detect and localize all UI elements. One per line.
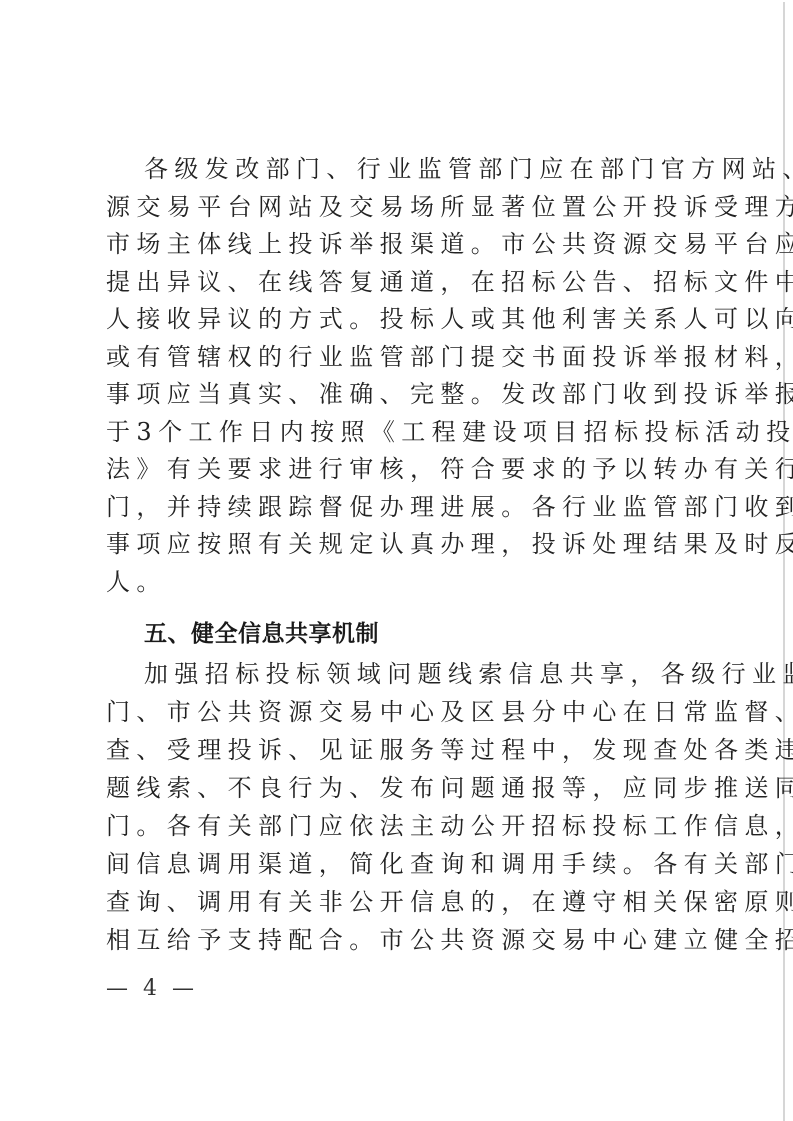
paragraph-2-line: 加强招标投标领域问题线索信息共享，各级行业监管部 xyxy=(144,655,793,693)
paragraph-2-line: 查、受理投诉、见证服务等过程中，发现查处各类违法违规问 xyxy=(106,731,793,769)
section-heading: 五、健全信息共享机制 xyxy=(144,615,379,653)
paragraph-1-line: 门，并持续跟踪督促办理进展。各行业监管部门收到投诉举报 xyxy=(106,488,793,526)
paragraph-1-line: 于3个工作日内按照《工程建设项目招标投标活动投诉处理办 xyxy=(106,413,793,451)
paragraph-2-line: 门。各有关部门应依法主动公开招标投标工作信息，畅通部门 xyxy=(106,807,793,845)
paragraph-1-line: 提出异议、在线答复通道，在招标公告、招标文件中明确招标 xyxy=(106,263,793,301)
paragraph-1-line: 法》有关要求进行审核，符合要求的予以转办有关行业监管部 xyxy=(106,450,793,488)
page-number: — 4 — xyxy=(106,975,198,1003)
paragraph-1-line: 源交易平台网站及交易场所显著位置公开投诉受理方式，畅通 xyxy=(106,188,793,226)
paragraph-1-line: 市场主体线上投诉举报渠道。市公共资源交易平台应开通在线 xyxy=(106,225,793,263)
paragraph-1-line: 事项应当真实、准确、完整。发改部门收到投诉举报材料，应 xyxy=(106,375,793,413)
paragraph-2-line: 查询、调用有关非公开信息的，在遵守相关保密原则的前提下 xyxy=(106,883,793,921)
paragraph-2-line: 相互给予支持配合。市公共资源交易中心建立健全招标投标项 xyxy=(106,921,793,959)
paragraph-2-line: 门、市公共资源交易中心及区县分中心在日常监督、抽查检 xyxy=(106,693,793,731)
paragraph-2-line: 间信息调用渠道，简化查询和调用手续。各有关部门之间需要 xyxy=(106,845,793,883)
paragraph-1-line: 各级发改部门、行业监管部门应在部门官方网站、公共资 xyxy=(144,150,793,188)
paragraph-1-line: 事项应按照有关规定认真办理，投诉处理结果及时反馈当事 xyxy=(106,525,793,563)
paragraph-1-line: 人。 xyxy=(106,563,167,601)
paragraph-2-line: 题线索、不良行为、发布问题通报等，应同步推送同级发改部 xyxy=(106,769,793,807)
paragraph-1-line: 人接收异议的方式。投标人或其他利害关系人可以向发改部门 xyxy=(106,300,793,338)
paragraph-1-line: 或有管辖权的行业监管部门提交书面投诉举报材料，投诉举报 xyxy=(106,338,793,376)
